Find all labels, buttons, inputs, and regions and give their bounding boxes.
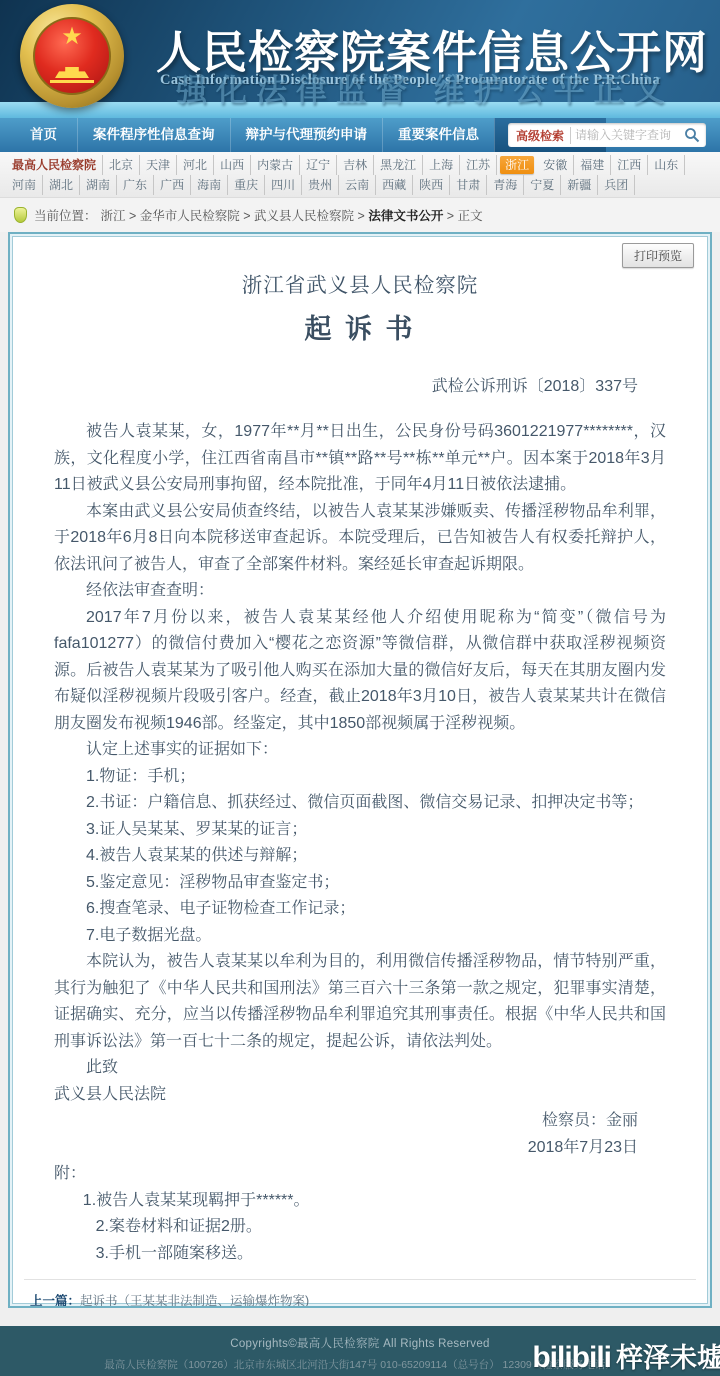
- region-link[interactable]: 内蒙古: [251, 155, 300, 175]
- site-banner: ★ 人民检察院案件信息公开网 Case Information Disclosu…: [0, 0, 720, 102]
- region-link[interactable]: 广西: [154, 175, 191, 195]
- document-paragraph: 7.电子数据光盘。: [54, 923, 666, 950]
- region-link[interactable]: 浙江: [500, 156, 534, 174]
- watermark-username: 梓泽未墟: [616, 1343, 720, 1373]
- emblem-core: ★: [33, 17, 111, 95]
- region-link[interactable]: 陕西: [413, 175, 450, 195]
- region-link[interactable]: 新疆: [561, 175, 598, 195]
- document-paragraph: 此致: [54, 1055, 666, 1082]
- region-link[interactable]: 山西: [214, 155, 251, 175]
- region-link[interactable]: 西藏: [376, 175, 413, 195]
- breadcrumb-label: 当前位置：: [34, 206, 97, 224]
- search-icon[interactable]: [684, 127, 700, 143]
- document-paragraph: 1.被告人袁某某现羁押于******。: [54, 1188, 666, 1215]
- region-link[interactable]: 宁夏: [524, 175, 561, 195]
- breadcrumb: 当前位置： 浙江 > 金华市人民检察院 > 武义县人民检察院 > 法律文书公开 …: [0, 198, 720, 232]
- prev-label: 上一篇：: [30, 1294, 80, 1308]
- document-paragraph: 本院认为，被告人袁某某以牟利为目的，利用微信传播淫秽物品，情节特别严重，其行为触…: [54, 949, 666, 1055]
- star-icon: ★: [61, 25, 83, 49]
- breadcrumb-link[interactable]: 浙江: [101, 209, 126, 223]
- document-paragraph: 检察员：金丽: [54, 1108, 666, 1135]
- bilibili-logo: bilibili: [532, 1341, 611, 1374]
- print-preview-button[interactable]: 打印预览: [622, 243, 694, 268]
- region-link[interactable]: 贵州: [302, 175, 339, 195]
- nav-item[interactable]: 重要案件信息: [382, 118, 494, 152]
- region-link[interactable]: 湖北: [43, 175, 80, 195]
- region-link[interactable]: 吉林: [337, 155, 374, 175]
- search-input[interactable]: [571, 128, 684, 142]
- region-link[interactable]: 天津: [140, 155, 177, 175]
- region-link[interactable]: 海南: [191, 175, 228, 195]
- search-box: 高级检索: [508, 123, 706, 147]
- breadcrumb-link[interactable]: 正文: [458, 209, 483, 223]
- nav-item[interactable]: 辩护与代理预约申请: [230, 118, 383, 152]
- document-number: 武检公诉刑诉〔2018〕337号: [10, 373, 710, 396]
- pagination: 上一篇：起诉书（王某某非法制造、运输爆炸物案) 下一篇：最后一页: [24, 1279, 696, 1308]
- region-link[interactable]: 最高人民检察院: [6, 155, 103, 175]
- region-link[interactable]: 北京: [103, 155, 140, 175]
- document-paragraph: 2017年7月份以来，被告人袁某某经他人介绍使用昵称为“简变”（微信号为fafa…: [54, 605, 666, 738]
- document-paragraph: 3.证人吴某某、罗某某的证言；: [54, 817, 666, 844]
- region-bar: 最高人民检察院北京天津河北山西内蒙古辽宁吉林黑龙江上海江苏浙江安徽福建江西山东河…: [0, 152, 720, 198]
- advanced-search-link[interactable]: 高级检索: [514, 127, 571, 144]
- document-paragraph: 本案由武义县公安局侦查终结，以被告人袁某某涉嫌贩卖、传播淫秽物品牟利罪，于201…: [54, 499, 666, 579]
- document-paragraph: 5.鉴定意见：淫秽物品审查鉴定书；: [54, 870, 666, 897]
- region-link[interactable]: 黑龙江: [374, 155, 423, 175]
- document-paragraph: 2018年7月23日: [54, 1135, 666, 1162]
- document-paragraph: 武义县人民法院: [54, 1082, 666, 1109]
- breadcrumb-link[interactable]: 金华市人民检察院: [140, 209, 240, 223]
- nav-item[interactable]: 案件程序性信息查询: [77, 118, 230, 152]
- document-panel: 打印预览 浙江省武义县人民检察院 起 诉 书 武检公诉刑诉〔2018〕337号 …: [8, 232, 712, 1308]
- region-link[interactable]: 湖南: [80, 175, 117, 195]
- breadcrumb-link[interactable]: 武义县人民检察院: [254, 209, 354, 223]
- document-paragraph: 2.书证：户籍信息、抓获经过、微信页面截图、微信交易记录、扣押决定书等；: [54, 790, 666, 817]
- issuing-court: 浙江省武义县人民检察院: [10, 268, 710, 298]
- document-paragraph: 3.手机一部随案移送。: [54, 1241, 666, 1268]
- prev-article-row: 上一篇：起诉书（王某某非法制造、运输爆炸物案): [30, 1288, 690, 1308]
- nav-item[interactable]: 首页: [0, 118, 77, 152]
- document-body: 被告人袁某某，女，1977年**月**日出生，公民身份号码3601221977*…: [10, 419, 710, 1267]
- procuratorate-emblem-icon: ★: [20, 4, 124, 108]
- region-link[interactable]: 辽宁: [300, 155, 337, 175]
- region-link[interactable]: 云南: [339, 175, 376, 195]
- video-watermark: bilibili梓泽未墟: [532, 1336, 720, 1375]
- region-link[interactable]: 青海: [487, 175, 524, 195]
- region-link[interactable]: 山东: [648, 155, 685, 175]
- region-link[interactable]: 河北: [177, 155, 214, 175]
- document-paragraph: 经依法审查查明：: [54, 578, 666, 605]
- region-link[interactable]: 河南: [6, 175, 43, 195]
- main-nav: 首页案件程序性信息查询辩护与代理预约申请重要案件信息法律文书公开 高级检索: [0, 118, 720, 152]
- region-link[interactable]: 江西: [611, 155, 648, 175]
- document-paragraph: 附：: [54, 1161, 666, 1188]
- document-paragraph: 6.搜查笔录、电子证物检查工作记录；: [54, 896, 666, 923]
- document-paragraph: 被告人袁某某，女，1977年**月**日出生，公民身份号码3601221977*…: [54, 419, 666, 499]
- region-link[interactable]: 安徽: [537, 155, 574, 175]
- region-link[interactable]: 重庆: [228, 175, 265, 195]
- site-slogan: 强化法律监督 维护公平正义: [176, 65, 674, 110]
- region-link[interactable]: 上海: [423, 155, 460, 175]
- document-paragraph: 1.物证：手机；: [54, 764, 666, 791]
- document-paragraph: 认定上述事实的证据如下：: [54, 737, 666, 764]
- tiananmen-icon: [55, 67, 89, 78]
- document-paragraph: 4.被告人袁某某的供述与辩解；: [54, 843, 666, 870]
- region-link[interactable]: 四川: [265, 175, 302, 195]
- region-link[interactable]: 江苏: [460, 155, 497, 175]
- region-link[interactable]: 福建: [574, 155, 611, 175]
- region-link[interactable]: 广东: [117, 175, 154, 195]
- region-link[interactable]: 兵团: [598, 175, 635, 195]
- location-icon: [14, 207, 27, 223]
- prev-article-link[interactable]: 起诉书（王某某非法制造、运输爆炸物案): [80, 1294, 309, 1308]
- document-paragraph: 2.案卷材料和证据2册。: [54, 1214, 666, 1241]
- region-link[interactable]: 甘肃: [450, 175, 487, 195]
- document-title: 起 诉 书: [10, 307, 710, 346]
- toolbar-row: 打印预览: [10, 234, 710, 266]
- breadcrumb-link[interactable]: 法律文书公开: [368, 209, 443, 223]
